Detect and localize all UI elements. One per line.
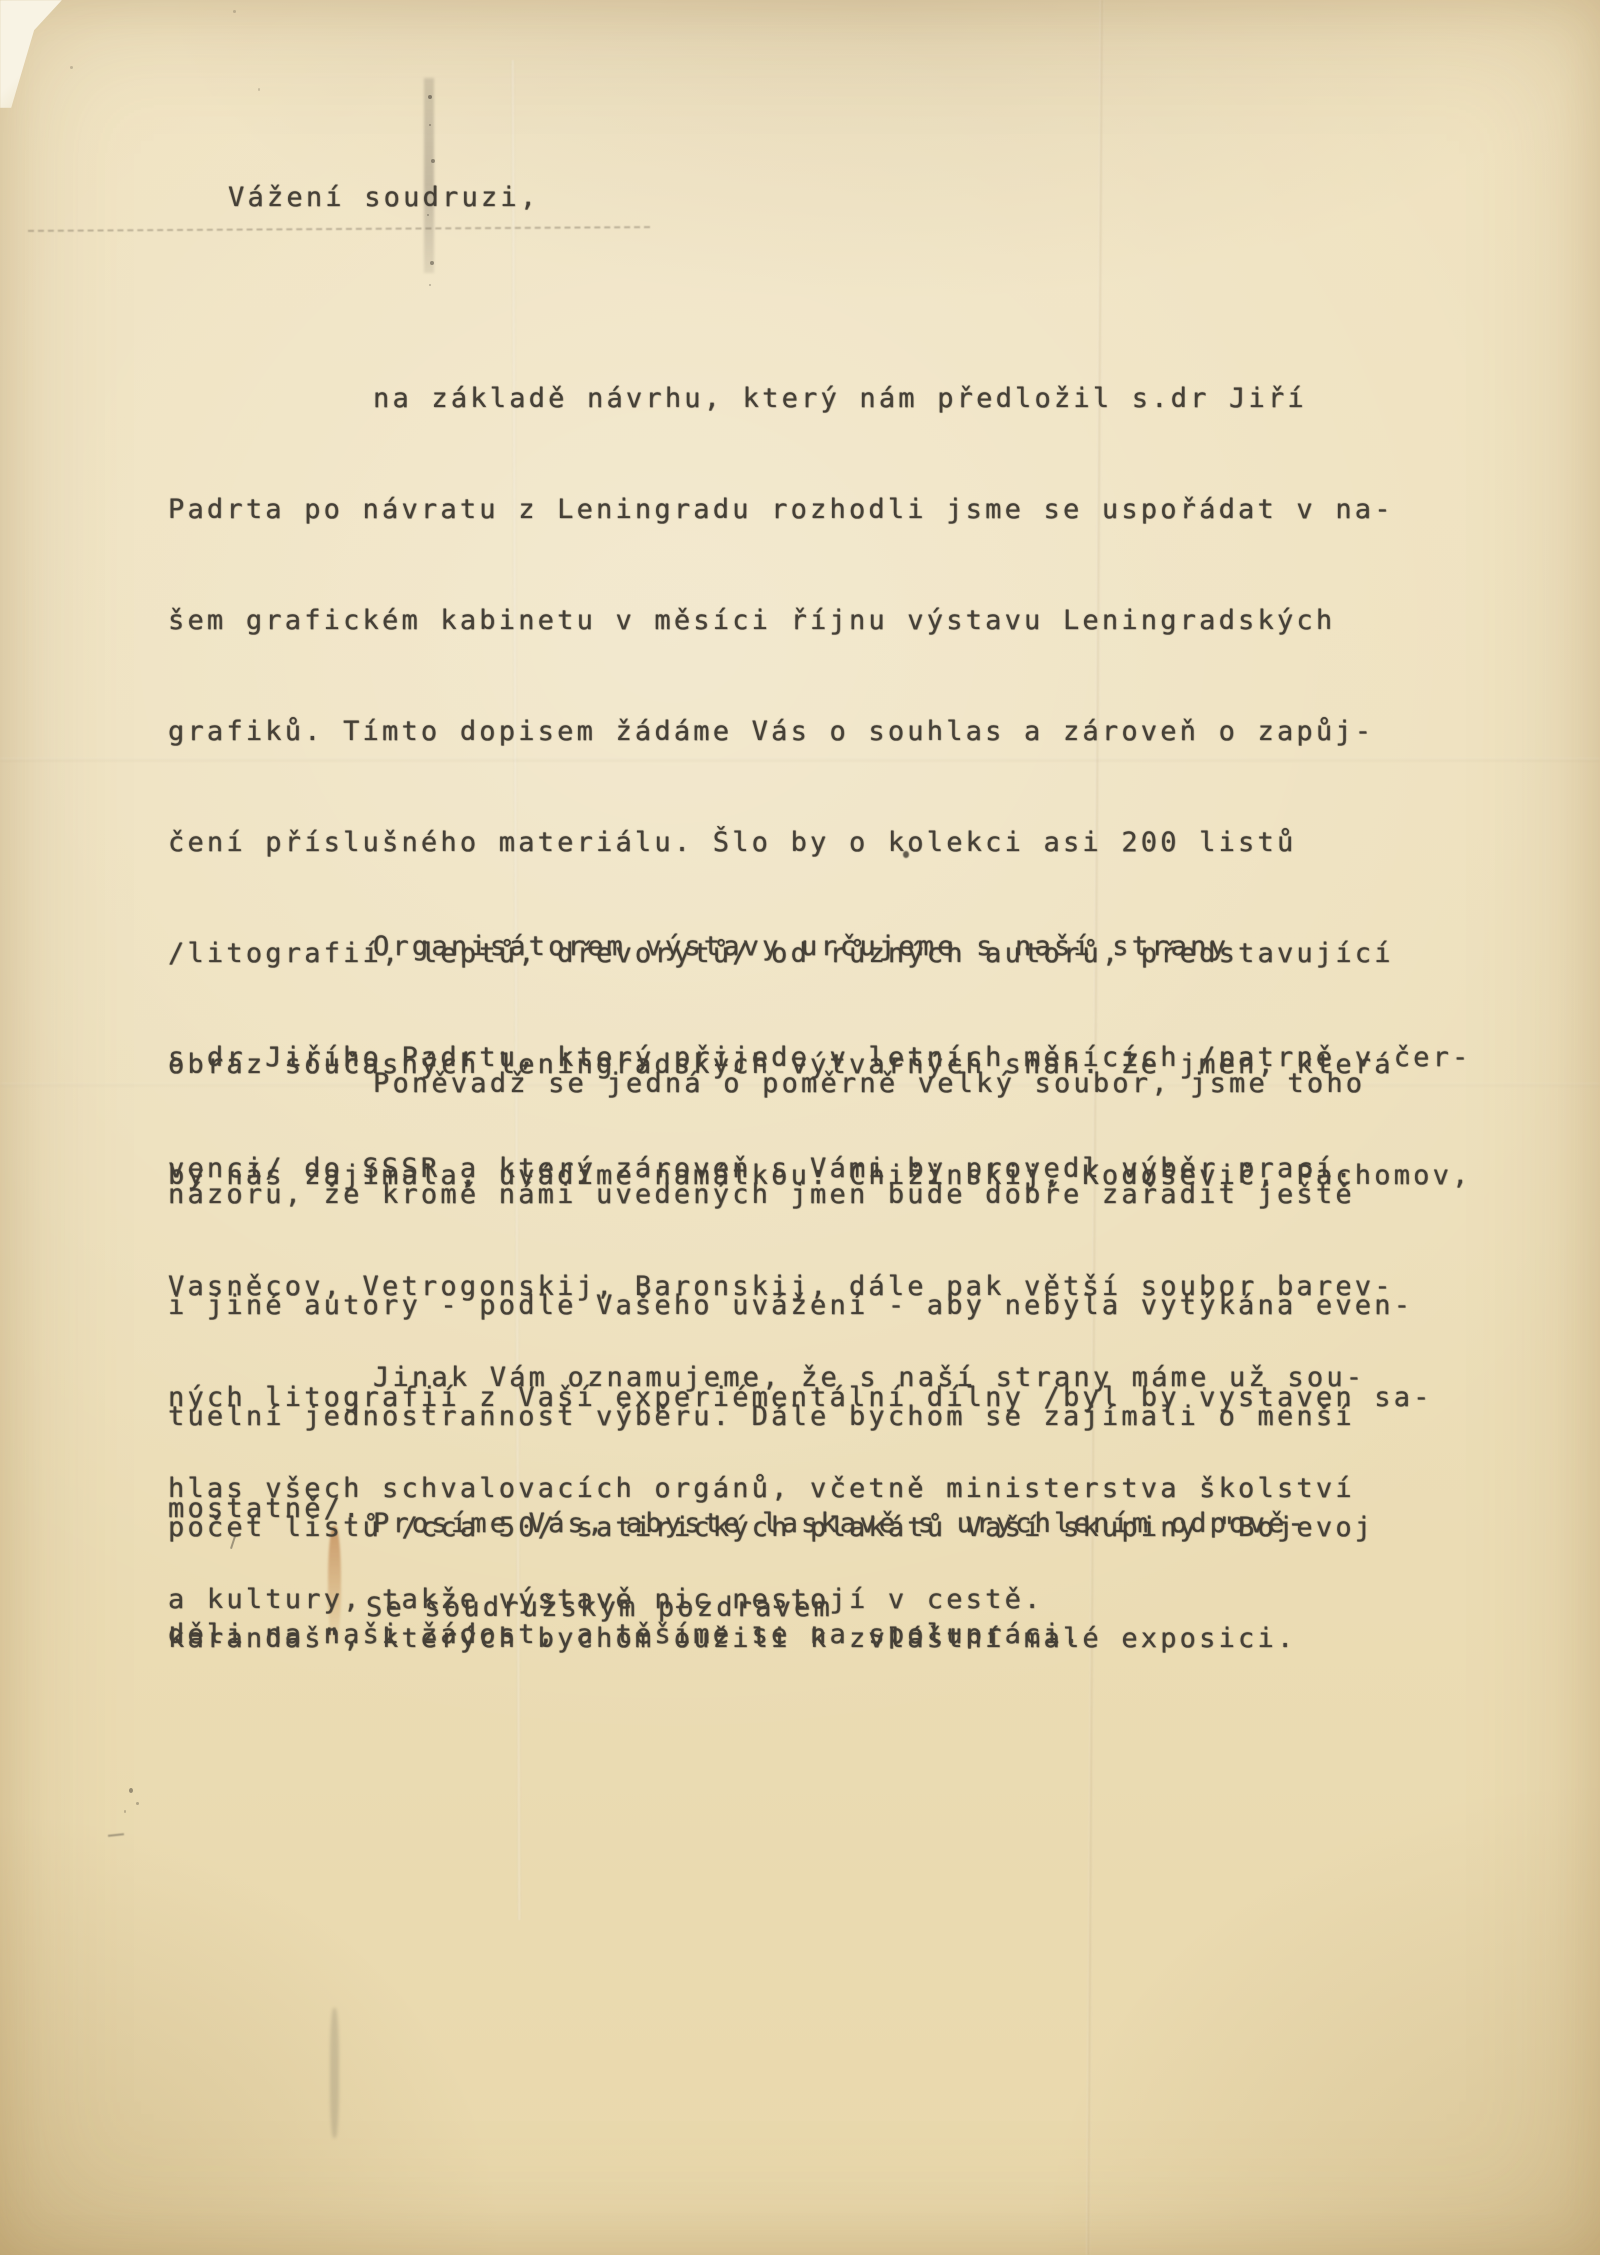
ink-speck: [258, 88, 260, 91]
torn-corner-top-left: [0, 0, 62, 108]
pencil-dash-mark: [108, 1833, 124, 1837]
crease-speckles: [428, 95, 432, 99]
letter-line: Organisátorem výstavy určujeme s naší st…: [168, 922, 1472, 971]
ink-speck: [136, 1802, 139, 1805]
ink-speck: [129, 1788, 133, 1793]
paragraph-5: Prosíme Vás, abyste laskavě s urychlením…: [168, 1437, 1307, 1721]
ink-speck: [70, 66, 73, 69]
crease-top-center: [424, 78, 434, 273]
letter-line: Padrta po návratu z Leningradu rozhodli …: [168, 485, 1472, 534]
closing: Se soudružským pozdravem: [366, 1588, 833, 1628]
letter-line: šem grafickém kabinetu v měsíci říjnu vý…: [168, 596, 1472, 645]
gray-smudge: [330, 2008, 339, 2138]
letter-line: Prosíme Vás, abyste laskavě s urychlením…: [168, 1499, 1307, 1548]
letter-line: grafiků. Tímto dopisem žádáme Vás o souh…: [168, 707, 1472, 756]
erased-pencil-line: [28, 226, 650, 232]
ink-speck: [233, 10, 236, 13]
letter-line: Poněvadž se jedná o poměrně velký soubor…: [168, 1059, 1413, 1108]
salutation: Vážení soudruzi,: [228, 178, 539, 218]
letter-page: Vážení soudruzi, na základě návrhu, kter…: [0, 0, 1600, 2255]
letter-line: názoru, že kromě námi uvedených jmen bud…: [168, 1170, 1413, 1219]
letter-line: na základě návrhu, který nám předložil s…: [168, 374, 1472, 423]
letter-line: Jinak Vám oznamujeme, že s naší strany m…: [168, 1353, 1365, 1402]
ink-speck: [124, 1810, 126, 1813]
